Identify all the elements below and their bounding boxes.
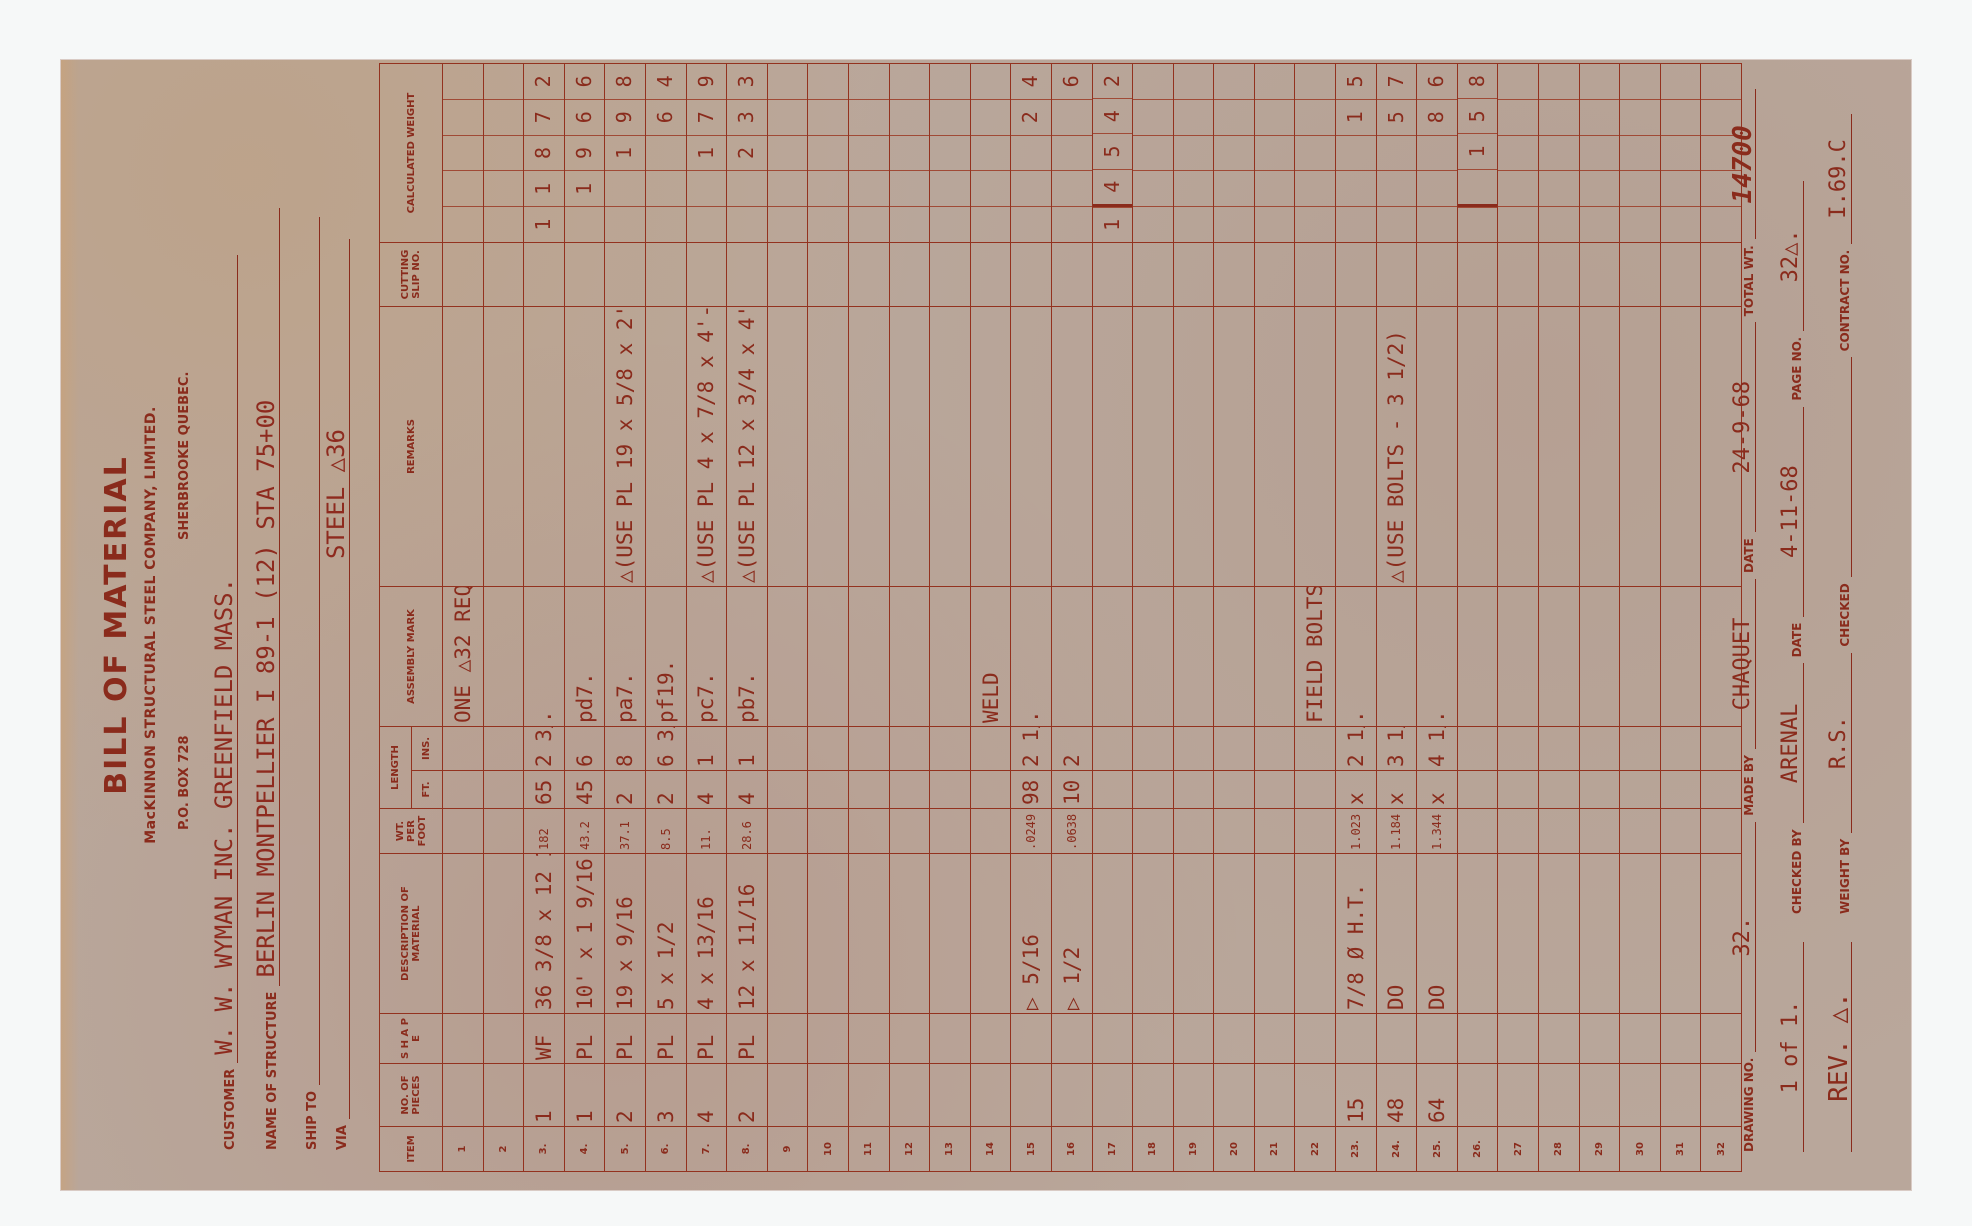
cutting-slip-cell bbox=[1417, 242, 1458, 306]
assembly-mark-cell bbox=[483, 586, 524, 726]
length-ins-cell bbox=[1092, 726, 1133, 770]
remarks-cell bbox=[1498, 306, 1539, 586]
table-row: 26.158 bbox=[1457, 63, 1498, 1171]
weight-digit bbox=[768, 99, 808, 135]
weight-digit bbox=[1052, 170, 1092, 206]
pieces-count-cell: 3 bbox=[645, 1064, 686, 1127]
weight-digit: 6 bbox=[1052, 64, 1092, 99]
table-row: 4.1PL10' x 1 9/1643.2456pd7.1966 bbox=[564, 63, 605, 1171]
table-row: 1714542 bbox=[1092, 63, 1133, 1171]
cutting-slip-cell bbox=[848, 242, 889, 306]
table-row: 11 bbox=[848, 63, 889, 1171]
weight-digit: 1 bbox=[524, 170, 564, 206]
wt-per-foot-cell bbox=[808, 809, 849, 854]
ship-to-field: SHIP TO bbox=[293, 217, 320, 1150]
via-label: VIA bbox=[335, 1125, 350, 1150]
calculated-weight-digits bbox=[768, 64, 808, 242]
length-ins-cell bbox=[970, 726, 1011, 770]
wt-per-foot-cell bbox=[1660, 809, 1701, 854]
shape-cell bbox=[1417, 1014, 1458, 1064]
assembly-mark-cell bbox=[1457, 586, 1498, 726]
shape-cell bbox=[970, 1014, 1011, 1064]
remarks-cell bbox=[1620, 306, 1661, 586]
shape-cell bbox=[848, 1014, 889, 1064]
length-ins-cell: 3 1/4 bbox=[1376, 726, 1417, 770]
sheet-value: 1 of 1. bbox=[1779, 942, 1804, 1152]
length-ins-cell bbox=[1620, 726, 1661, 770]
cutting-slip-cell bbox=[1254, 242, 1295, 306]
checked-by-label: CHECKED BY bbox=[1790, 829, 1804, 914]
via-field: VIA STEEL △36 bbox=[323, 239, 350, 1150]
weight-digit bbox=[930, 170, 970, 206]
pieces-count-cell: 2 bbox=[727, 1064, 768, 1127]
table-row: 15▷ 5/16.0249982 1/4.24 bbox=[1011, 63, 1052, 1171]
calculated-weight-cell bbox=[1295, 63, 1336, 242]
wt-per-foot-cell bbox=[1133, 809, 1174, 854]
table-row: 3.1WF36 3/8 x 12 1/8 x 3/4182652 3/4.118… bbox=[524, 63, 565, 1171]
calculated-weight-digits bbox=[930, 64, 970, 242]
cutting-slip-cell bbox=[1336, 242, 1377, 306]
table-row: 8.2PL12 x 11/1628.641pb7.△(USE PL 12 x 3… bbox=[727, 63, 768, 1171]
calculated-weight-cell: 24 bbox=[1011, 63, 1052, 242]
item-number-cell: 17 bbox=[1092, 1127, 1133, 1172]
wt-per-foot-cell: 1.344 bbox=[1417, 809, 1458, 854]
description-cell bbox=[1295, 854, 1336, 1014]
pieces-count-cell bbox=[1457, 1064, 1498, 1127]
wt-per-foot-cell bbox=[443, 809, 484, 854]
pieces-count-cell bbox=[889, 1064, 930, 1127]
cutting-slip-cell bbox=[564, 242, 605, 306]
description-cell: 19 x 9/16 bbox=[605, 854, 646, 1014]
calculated-weight-digits: 233 bbox=[727, 64, 767, 242]
description-cell: DO bbox=[1376, 854, 1417, 1014]
wt-per-foot-cell bbox=[970, 809, 1011, 854]
calculated-weight-digits bbox=[443, 64, 483, 242]
weight-digit bbox=[727, 170, 767, 206]
cutting-slip-cell bbox=[1539, 242, 1580, 306]
weight-digit: 7 bbox=[524, 99, 564, 135]
table-row: 25.64DO1.344x4 1/4.86 bbox=[1417, 63, 1458, 1171]
contract-no-label: CONTRACT NO. bbox=[1838, 250, 1852, 351]
assembly-mark-cell bbox=[808, 586, 849, 726]
weight-digit bbox=[1661, 135, 1701, 171]
weight-digit: 5 bbox=[1458, 98, 1498, 133]
remarks-cell bbox=[564, 306, 605, 586]
item-number-cell: 31 bbox=[1660, 1127, 1701, 1172]
description-cell bbox=[889, 854, 930, 1014]
cutting-slip-cell bbox=[1376, 242, 1417, 306]
weight-digit bbox=[1295, 135, 1335, 171]
calculated-weight-digits: 24 bbox=[1011, 64, 1051, 242]
table-row: 23.157/8 Ø H.T.1.023x2 1/4.15 bbox=[1336, 63, 1377, 1171]
length-ft-cell bbox=[767, 771, 808, 809]
weight-digit bbox=[971, 170, 1011, 206]
description-cell bbox=[1133, 854, 1174, 1014]
table-row: 28 bbox=[1539, 63, 1580, 1171]
length-ft-cell: 10 bbox=[1051, 771, 1092, 809]
length-ft-cell bbox=[1660, 771, 1701, 809]
structure-label: NAME OF STRUCTURE bbox=[265, 992, 280, 1150]
description-cell bbox=[1092, 854, 1133, 1014]
calculated-weight-digits: 86 bbox=[1417, 64, 1457, 242]
length-ins-cell: 2 1/4 bbox=[1011, 726, 1052, 770]
calculated-weight-cell: 64 bbox=[645, 63, 686, 242]
weight-digit: 9 bbox=[687, 64, 727, 99]
weight-digit bbox=[1174, 170, 1214, 206]
weight-digit bbox=[1255, 64, 1295, 99]
weight-digit bbox=[687, 170, 727, 206]
pieces-count-cell bbox=[1498, 1064, 1539, 1127]
shape-cell: PL bbox=[645, 1014, 686, 1064]
table-row: 12 bbox=[889, 63, 930, 1171]
calculated-weight-cell bbox=[930, 63, 971, 242]
length-ins-cell bbox=[767, 726, 808, 770]
shape-cell: PL bbox=[605, 1014, 646, 1064]
pieces-count-cell bbox=[930, 1064, 971, 1127]
shape-cell bbox=[889, 1014, 930, 1064]
document-title: BILL OF MATERIAL bbox=[99, 60, 134, 1190]
assembly-mark-cell bbox=[1214, 586, 1255, 726]
calculated-weight-cell: 11872 bbox=[524, 63, 565, 242]
calculated-weight-cell bbox=[1620, 63, 1661, 242]
table-row: 27 bbox=[1498, 63, 1539, 1171]
weight-digit bbox=[930, 206, 970, 242]
calculated-weight-cell bbox=[443, 63, 484, 242]
shape-cell bbox=[1254, 1014, 1295, 1064]
weight-digit bbox=[849, 99, 889, 135]
cutting-slip-cell bbox=[645, 242, 686, 306]
weight-digit: 1 bbox=[524, 206, 564, 242]
weight-digit: 5 bbox=[1093, 133, 1133, 168]
weight-digit bbox=[1580, 99, 1620, 135]
calculated-weight-digits bbox=[1580, 64, 1620, 242]
weight-digit bbox=[1255, 170, 1295, 206]
calculated-weight-digits: 1966 bbox=[565, 64, 605, 242]
item-number-cell: 13 bbox=[930, 1127, 971, 1172]
cutting-slip-cell bbox=[1092, 242, 1133, 306]
calculated-weight-cell bbox=[767, 63, 808, 242]
length-ins-cell: 1 bbox=[727, 726, 768, 770]
weight-digit: 4 bbox=[1093, 169, 1133, 207]
weight-digit bbox=[808, 206, 848, 242]
weight-digit bbox=[890, 206, 930, 242]
length-ft-cell: x bbox=[1376, 771, 1417, 809]
weight-digit bbox=[1620, 206, 1660, 242]
remarks-cell bbox=[1133, 306, 1174, 586]
weight-digit: 2 bbox=[524, 64, 564, 99]
calculated-weight-cell bbox=[1214, 63, 1255, 242]
length-ft-cell: 65 bbox=[524, 771, 565, 809]
weight-digit bbox=[1052, 206, 1092, 242]
cutting-slip-cell bbox=[727, 242, 768, 306]
calculated-weight-digits bbox=[1661, 64, 1701, 242]
item-number-cell: 5. bbox=[605, 1127, 646, 1172]
calculated-weight-cell bbox=[1579, 63, 1620, 242]
weight-digit bbox=[687, 206, 727, 242]
pieces-count-cell bbox=[1539, 1064, 1580, 1127]
pieces-count-cell: 48 bbox=[1376, 1064, 1417, 1127]
weight-digit bbox=[1255, 206, 1295, 242]
assembly-mark-cell bbox=[1173, 586, 1214, 726]
item-number-cell: 14 bbox=[970, 1127, 1011, 1172]
calculated-weight-digits bbox=[1255, 64, 1295, 242]
cutting-slip-cell bbox=[1295, 242, 1336, 306]
calculated-weight-digits bbox=[1133, 64, 1173, 242]
footer-row-weight: REV. △. WEIGHT BY R.S. CHECKED CONTRACT … bbox=[1827, 108, 1852, 1152]
total-wt-label: TOTAL WT. bbox=[1742, 245, 1756, 316]
calculated-weight-digits bbox=[1539, 64, 1579, 242]
length-ft-cell bbox=[1295, 771, 1336, 809]
length-ft-cell: 4 bbox=[727, 771, 768, 809]
weight-digit: 2 bbox=[1011, 99, 1051, 135]
length-ins-cell: 2 3/4 bbox=[524, 726, 565, 770]
cutting-slip-cell bbox=[1133, 242, 1174, 306]
pieces-count-cell bbox=[1051, 1064, 1092, 1127]
length-ft-cell: 4 bbox=[686, 771, 727, 809]
wt-per-foot-cell: 1.023 bbox=[1336, 809, 1377, 854]
length-ins-cell: 6 3/8 bbox=[645, 726, 686, 770]
length-ft-cell bbox=[1254, 771, 1295, 809]
calculated-weight-cell: 158 bbox=[1457, 63, 1498, 242]
weight-digit bbox=[1377, 135, 1417, 171]
length-ins-cell: 1 bbox=[686, 726, 727, 770]
length-ft-cell: 45 bbox=[564, 771, 605, 809]
length-ft-cell bbox=[1133, 771, 1174, 809]
calculated-weight-cell: 86 bbox=[1417, 63, 1458, 242]
col-pieces: NO. OF PIECES bbox=[380, 1064, 443, 1127]
length-ins-cell bbox=[930, 726, 971, 770]
weight-digit bbox=[443, 170, 483, 206]
item-number-cell: 9 bbox=[767, 1127, 808, 1172]
weight-digit bbox=[605, 206, 645, 242]
wt-per-foot-cell bbox=[767, 809, 808, 854]
item-number-cell: 7. bbox=[686, 1127, 727, 1172]
weight-digit bbox=[971, 206, 1011, 242]
remarks-cell bbox=[889, 306, 930, 586]
weight-digit: 1 bbox=[1458, 133, 1498, 168]
weight-digit bbox=[605, 170, 645, 206]
item-number-cell: 21 bbox=[1254, 1127, 1295, 1172]
length-ins-cell bbox=[1295, 726, 1336, 770]
weight-digit bbox=[1255, 135, 1295, 171]
remarks-cell bbox=[1092, 306, 1133, 586]
length-ft-cell bbox=[1498, 771, 1539, 809]
remarks-cell bbox=[645, 306, 686, 586]
cutting-slip-cell bbox=[686, 242, 727, 306]
pieces-count-cell bbox=[848, 1064, 889, 1127]
calculated-weight-digits bbox=[890, 64, 930, 242]
remarks-cell bbox=[524, 306, 565, 586]
weight-digit bbox=[971, 64, 1011, 99]
weight-digit bbox=[890, 64, 930, 99]
page-no-value: 32△. bbox=[1779, 181, 1804, 331]
table-row: 1ONE △32 REQD bbox=[443, 63, 484, 1171]
weight-digit bbox=[1255, 99, 1295, 135]
weight-digit bbox=[1580, 135, 1620, 171]
item-number-cell: 24. bbox=[1376, 1127, 1417, 1172]
length-ins-cell bbox=[1539, 726, 1580, 770]
pieces-count-cell bbox=[1133, 1064, 1174, 1127]
wt-per-foot-cell: 11. bbox=[686, 809, 727, 854]
weight-digit bbox=[1214, 206, 1254, 242]
weight-digit bbox=[1620, 135, 1660, 171]
assembly-mark-cell bbox=[767, 586, 808, 726]
item-number-cell: 8. bbox=[727, 1127, 768, 1172]
wt-per-foot-cell bbox=[889, 809, 930, 854]
shape-cell bbox=[1092, 1014, 1133, 1064]
weight-digit bbox=[1417, 206, 1457, 242]
weight-digit bbox=[1174, 135, 1214, 171]
description-cell: 10' x 1 9/16 bbox=[564, 854, 605, 1014]
weight-digit bbox=[1498, 99, 1538, 135]
total-wt-value: 14700 bbox=[1731, 89, 1756, 239]
weight-digit bbox=[484, 170, 524, 206]
calculated-weight-digits: 179 bbox=[687, 64, 727, 242]
table-row: 31 bbox=[1660, 63, 1701, 1171]
weight-digit bbox=[1377, 206, 1417, 242]
shape-cell bbox=[767, 1014, 808, 1064]
weight-digit bbox=[484, 99, 524, 135]
weight-digit bbox=[1498, 64, 1538, 99]
weight-by-label: WEIGHT BY bbox=[1838, 839, 1852, 914]
description-cell bbox=[767, 854, 808, 1014]
assembly-mark-cell: pa7. bbox=[605, 586, 646, 726]
pieces-count-cell bbox=[1660, 1064, 1701, 1127]
weight-digit bbox=[1620, 170, 1660, 206]
weight-digit bbox=[443, 64, 483, 99]
weight-digit bbox=[768, 206, 808, 242]
weight-digit: 1 bbox=[687, 135, 727, 171]
shape-cell bbox=[1133, 1014, 1174, 1064]
table-row: 30 bbox=[1620, 63, 1661, 1171]
item-number-cell: 11 bbox=[848, 1127, 889, 1172]
weight-digit: 5 bbox=[1336, 64, 1376, 99]
length-ft-cell: x bbox=[1417, 771, 1458, 809]
checked-date-label: DATE bbox=[1790, 623, 1804, 658]
checked-date-value: 4-11-68 bbox=[1779, 407, 1804, 617]
description-cell bbox=[1173, 854, 1214, 1014]
weight-digit bbox=[1295, 206, 1335, 242]
item-number-cell: 27 bbox=[1498, 1127, 1539, 1172]
weight-digit bbox=[1011, 135, 1051, 171]
footer-row-drawing: DRAWING NO. 32. MADE BY CHAQUET DATE 24-… bbox=[1731, 83, 1756, 1152]
item-number-cell: 28 bbox=[1539, 1127, 1580, 1172]
weight-digit bbox=[1133, 64, 1173, 99]
weight-digit bbox=[1133, 99, 1173, 135]
structure-value: BERLIN MONTPELLIER I 89-1 (12) STA 75+00 bbox=[253, 208, 280, 986]
calculated-weight-cell bbox=[808, 63, 849, 242]
calculated-weight-cell bbox=[1498, 63, 1539, 242]
assembly-mark-cell bbox=[1254, 586, 1295, 726]
calculated-weight-cell bbox=[1254, 63, 1295, 242]
cutting-slip-cell bbox=[1214, 242, 1255, 306]
length-ft-cell bbox=[808, 771, 849, 809]
table-row: 20 bbox=[1214, 63, 1255, 1171]
assembly-mark-cell: . bbox=[1011, 586, 1052, 726]
length-ins-cell bbox=[1660, 726, 1701, 770]
weight-digit: 4 bbox=[1011, 64, 1051, 99]
remarks-cell bbox=[483, 306, 524, 586]
weight-digit bbox=[849, 170, 889, 206]
table-row: 13 bbox=[930, 63, 971, 1171]
weight-digit bbox=[1377, 170, 1417, 206]
table-row: 16▷ 1/2.06381026 bbox=[1051, 63, 1092, 1171]
cutting-slip-cell bbox=[1620, 242, 1661, 306]
shape-cell bbox=[1051, 1014, 1092, 1064]
length-ft-cell: x bbox=[1336, 771, 1377, 809]
weight-digit bbox=[768, 64, 808, 99]
weight-digit bbox=[1011, 170, 1051, 206]
table-row: 5.2PL19 x 9/1637.128pa7.△(USE PL 19 x 5/… bbox=[605, 63, 646, 1171]
description-cell: 7/8 Ø H.T. bbox=[1336, 854, 1377, 1014]
calculated-weight-cell bbox=[1539, 63, 1580, 242]
calculated-weight-digits bbox=[971, 64, 1011, 242]
weight-digit bbox=[1133, 170, 1173, 206]
weight-digit bbox=[1295, 170, 1335, 206]
length-ft-cell bbox=[889, 771, 930, 809]
calculated-weight-cell: 14542 bbox=[1092, 63, 1133, 242]
weight-digit: 1 bbox=[565, 170, 605, 206]
description-cell: 12 x 11/16 bbox=[727, 854, 768, 1014]
company-city: SHERBROOKE QUEBEC. bbox=[177, 372, 192, 540]
weight-digit: 2 bbox=[727, 135, 767, 171]
description-cell: DO bbox=[1417, 854, 1458, 1014]
pieces-count-cell bbox=[1173, 1064, 1214, 1127]
weight-digit bbox=[808, 99, 848, 135]
cutting-slip-cell bbox=[1579, 242, 1620, 306]
assembly-mark-cell bbox=[1092, 586, 1133, 726]
remarks-cell bbox=[1295, 306, 1336, 586]
table-header-row: ITEM NO. OF PIECES S H A P E DESCRIPTION… bbox=[380, 63, 443, 1171]
weight-digit bbox=[646, 135, 686, 171]
shape-cell: WF bbox=[524, 1014, 565, 1064]
pieces-count-cell: 2 bbox=[605, 1064, 646, 1127]
length-ins-cell bbox=[1254, 726, 1295, 770]
weight-digit: 4 bbox=[646, 64, 686, 99]
weight-digit bbox=[890, 170, 930, 206]
table-row: 2 bbox=[483, 63, 524, 1171]
cutting-slip-cell bbox=[1457, 242, 1498, 306]
cutting-slip-cell bbox=[443, 242, 484, 306]
weight-digit bbox=[1539, 135, 1579, 171]
item-number-cell: 26. bbox=[1457, 1127, 1498, 1172]
weight-by-value: R.S. bbox=[1827, 653, 1852, 833]
length-ins-cell: 4 1/4 bbox=[1417, 726, 1458, 770]
weight-digit bbox=[1336, 170, 1376, 206]
weight-digit: 4 bbox=[1093, 98, 1133, 133]
weight-digit bbox=[930, 135, 970, 171]
length-ft-cell bbox=[848, 771, 889, 809]
calculated-weight-digits: 11872 bbox=[524, 64, 564, 242]
col-length: LENGTH FT. INS. bbox=[380, 726, 443, 808]
shape-cell bbox=[1214, 1014, 1255, 1064]
wt-per-foot-cell bbox=[930, 809, 971, 854]
item-number-cell: 6. bbox=[645, 1127, 686, 1172]
assembly-mark-cell bbox=[889, 586, 930, 726]
weight-digit bbox=[1133, 206, 1173, 242]
weight-digit bbox=[1580, 206, 1620, 242]
shape-cell bbox=[1498, 1014, 1539, 1064]
ship-to-value bbox=[293, 217, 320, 1085]
weight-digit: 9 bbox=[605, 99, 645, 135]
checked-by-value: ARENAL bbox=[1779, 663, 1804, 823]
length-ins-cell: 8 bbox=[605, 726, 646, 770]
made-date-label: DATE bbox=[1742, 538, 1756, 573]
item-number-cell: 15 bbox=[1011, 1127, 1052, 1172]
weight-digit bbox=[849, 206, 889, 242]
weight-digit bbox=[1539, 170, 1579, 206]
table-row: 7.4PL4 x 13/1611.41pc7.△(USE PL 4 x 7/8 … bbox=[686, 63, 727, 1171]
